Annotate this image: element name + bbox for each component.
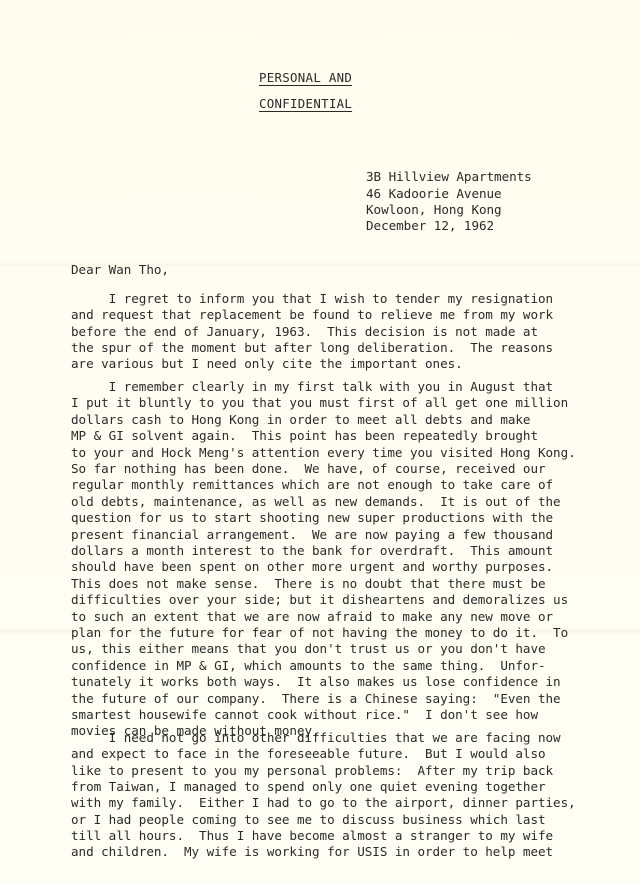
header-personal: PERSONAL AND — [259, 70, 352, 85]
text-line: us, this either means that you don't tru… — [71, 640, 546, 657]
text-line: regular monthly remittances which are no… — [71, 476, 553, 493]
text-line: I put it bluntly to you that you must fi… — [71, 394, 568, 411]
letter-page: PERSONAL AND CONFIDENTIAL 3B Hillview Ap… — [0, 0, 640, 883]
text-line: smartest housewife cannot cook without r… — [71, 706, 538, 723]
text-line: confidence in MP & GI, which amounts to … — [71, 657, 546, 674]
address-line: Kowloon, Hong Kong — [366, 201, 502, 218]
text-line: MP & GI solvent again. This point has be… — [71, 427, 538, 444]
text-line: I regret to inform you that I wish to te… — [71, 290, 553, 307]
text-line: present financial arrangement. We are no… — [71, 526, 553, 543]
text-line: are various but I need only cite the imp… — [71, 355, 463, 372]
text-line: This does not make sense. There is no do… — [71, 575, 546, 592]
text-line: and request that replacement be found to… — [71, 306, 553, 323]
text-line: the future of our company. There is a Ch… — [71, 690, 561, 707]
letter-date: December 12, 1962 — [366, 217, 494, 234]
text-line: before the end of January, 1963. This de… — [71, 323, 538, 340]
text-line: So far nothing has been done. We have, o… — [71, 460, 546, 477]
text-line: till all hours. Thus I have become almos… — [71, 827, 553, 844]
text-line: I need not go into other difficulties th… — [71, 729, 561, 746]
text-line: dollars a month interest to the bank for… — [71, 542, 553, 559]
text-line: and children. My wife is working for USI… — [71, 843, 553, 860]
text-line: tunately it works both ways. It also mak… — [71, 673, 561, 690]
text-line: question for us to start shooting new su… — [71, 509, 553, 526]
text-line: to such an extent that we are now afraid… — [71, 608, 553, 625]
text-line: and expect to face in the foreseeable fu… — [71, 745, 546, 762]
text-line: dollars cash to Hong Kong in order to me… — [71, 411, 530, 428]
text-line: I remember clearly in my first talk with… — [71, 378, 553, 395]
text-line: like to present to you my personal probl… — [71, 762, 553, 779]
text-line: plan for the future for fear of not havi… — [71, 624, 568, 641]
text-line: with my family. Either I had to go to th… — [71, 794, 576, 811]
text-line: or I had people coming to see me to disc… — [71, 811, 546, 828]
header-confidential: CONFIDENTIAL — [259, 96, 352, 111]
salutation: Dear Wan Tho, — [71, 261, 169, 278]
text-line: the spur of the moment but after long de… — [71, 339, 553, 356]
address-line: 46 Kadoorie Avenue — [366, 185, 502, 202]
address-line: 3B Hillview Apartments — [366, 168, 532, 185]
text-line: difficulties over your side; but it dish… — [71, 591, 568, 608]
text-line: should have been spent on other more urg… — [71, 558, 553, 575]
text-line: old debts, maintenance, as well as new d… — [71, 493, 561, 510]
text-line: from Taiwan, I managed to spend only one… — [71, 778, 546, 795]
text-line: to your and Hock Meng's attention every … — [71, 444, 576, 461]
